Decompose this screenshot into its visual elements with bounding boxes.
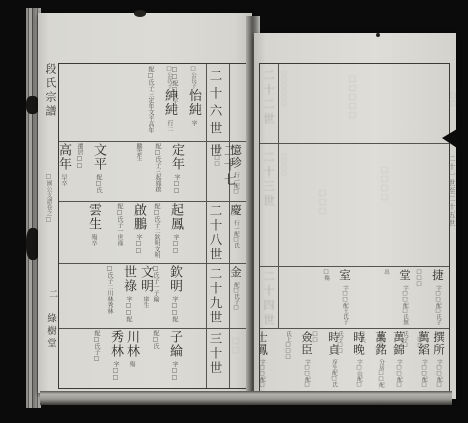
band-23: 二十三世 □□□□ □□□□ □□□ (260, 143, 449, 266)
bleedthrough-text: □□□□ (380, 165, 389, 245)
entry-name: 捷 (431, 269, 445, 282)
entry-name: 萬縚 (417, 331, 431, 356)
dust-speck (376, 33, 380, 37)
band-28: 二十八世 慶行一配□氏 起鳳字□□配□氏子二欽明文明 啟鵬字□□配□氏子一世祿 … (59, 201, 249, 263)
generation-label: 二十三世 (262, 151, 276, 209)
range-marker: 二十一世至二十五世 (448, 155, 456, 227)
entry-name: 啟鵬 (131, 203, 146, 231)
dust-speck (134, 10, 146, 17)
entry-name: 定年 (169, 143, 184, 171)
entry-name: 金 (229, 266, 243, 279)
torn-notch (442, 129, 457, 148)
band-25: 撰所字□□配□氏□□ 萬縚字□□配□氏子□ 萬錦字□□配□氏無出 萬銘分居□□配… (260, 328, 449, 391)
right-page: 二十二世 □□□□□□ □□□□□ 二十三世 □□□□ □□□□ □□□ 二十四… (254, 33, 456, 399)
band-27: 二十七世 憶珍行一配□氏子□□ 定年字□□配□氏子三起鳳啟鵬雲生 文平配□氏遷居… (59, 141, 249, 201)
gutter-entry: 金配□氏子□ (227, 266, 246, 323)
gutter-entry: 憶珍行一配□氏子□□ (208, 144, 246, 197)
genealogy-entry: 堂字□□配□氏無出 (377, 269, 415, 325)
genealogy-entry: 高年早卒 (58, 143, 73, 197)
entry-header: □公次子 (166, 66, 172, 89)
genealogy-entry: 起鳳字□□配□氏子二欽明文明 (147, 203, 185, 259)
volume-mark: □□ (449, 91, 456, 107)
entry-name: 川林 (124, 330, 139, 358)
generation-label: 二十八世 (208, 204, 222, 262)
entry-name: 時貞 (327, 331, 341, 356)
genealogy-entry: 士鳳字□□配□氏□子□□ (259, 331, 272, 388)
entry-header: □公長子 (190, 66, 196, 89)
entry-name: 時晚 (352, 331, 366, 356)
generation-label: 二十九世 (208, 267, 222, 325)
generation-label: 三十世 (208, 332, 222, 376)
band-30: 三十世 □□ 子綸字□□配□氏 川林殤 秀林字□□配□氏子□ (59, 328, 249, 388)
book-photo: { "colors": {"paper":"#dcdbd6","ink":"#2… (0, 0, 468, 423)
band-26: 二十六世 □公長子怡純字□□配□氏子一 □公次子紳純行二配□氏子三定年文平高年 (59, 64, 249, 141)
genealogy-entry: 室字□□配王氏子□殤 (317, 269, 355, 325)
entry-name: 慶 (229, 204, 243, 217)
entry-name: 撰所 (432, 331, 446, 356)
generation-label: 二十四世 (262, 270, 276, 328)
side-note-faint: □□□□ (280, 153, 287, 253)
bottom-edge (40, 391, 452, 405)
entry-name: 起鳳 (168, 203, 183, 231)
entry-name: 紳純 (162, 89, 177, 117)
bleedthrough-text: □□□ (318, 188, 327, 248)
genealogy-entry: 文平配□氏遷居□□ (70, 143, 108, 197)
entry-name: 萬錦 (392, 331, 406, 356)
band-29: 二十九世 金配□氏子□ 欽明字□□配□氏子一子綸 文明庠生 世祿字□□配□氏子二… (59, 263, 249, 328)
genealogy-entry: □公次子紳純行二配□氏子三定年文平高年 (141, 66, 179, 134)
entry-name: 世祿 (121, 265, 136, 293)
hall-name: 綠樹堂 (43, 313, 57, 351)
side-note-faint: □□□□□□ (280, 71, 287, 137)
entry-name: 萬銘 (374, 331, 388, 356)
genealogy-entry: 定年字□□配□氏子三起鳳啟鵬雲生 (129, 143, 186, 197)
bleedthrough-text: □□□□□ (348, 74, 357, 134)
entry-note: 行一配□氏 (233, 220, 239, 248)
entry-name: 士鳳 (259, 331, 269, 356)
genealogy-entry: 文明庠生 (136, 265, 155, 323)
genealogy-entry: 秀林字□□配□氏子□ (87, 330, 125, 384)
generation-label: 二十六世 (208, 69, 222, 139)
entry-note: 殤 (128, 361, 135, 367)
entry-note: 殤卒 (90, 234, 97, 246)
genealogy-entry: 子綸字□□配□氏 (146, 330, 184, 384)
right-genealogy-table: 二十二世 □□□□□□ □□□□□ 二十三世 □□□□ □□□□ □□□ 二十四… (259, 63, 450, 392)
entry-name: 雲生 (86, 203, 101, 231)
entry-name: 秀林 (108, 330, 123, 358)
entry-name: 文平 (91, 143, 106, 171)
entry-name: 怡純 (186, 89, 201, 117)
entry-name: 子綸 (167, 330, 182, 358)
entry-name: 憶珍 (229, 144, 243, 169)
entry-name: 僉臣 (300, 331, 314, 356)
band-24: 二十四世 捷字□□配□氏子□□□ 堂字□□配□氏無出 室字□□配王氏子□殤 (260, 266, 449, 328)
entry-name: 堂 (398, 269, 412, 282)
entry-name: 高年 (58, 143, 71, 171)
entry-note: 庠生 (142, 296, 149, 308)
gutter-entry: 慶行一配□氏 (227, 204, 246, 259)
entry-name: 文明 (138, 265, 153, 293)
entry-note: 配□氏子□ (233, 282, 239, 311)
left-page: 段氏宗譜 □園公支譜卷之□ 二 綠樹堂 二十六世 □公長子怡純字□□配□氏子一 … (38, 13, 252, 393)
entry-name: 欽明 (167, 265, 182, 293)
genealogy-entry: 世祿字□□配□氏子二川林秀林 (100, 265, 138, 323)
left-genealogy-table: 二十六世 □公長子怡純字□□配□氏子一 □公次子紳純行二配□氏子三定年文平高年 … (58, 63, 250, 389)
genealogy-entry: 啟鵬字□□配□氏子一世祿 (110, 203, 148, 259)
band-22: 二十二世 □□□□□□ □□□□□ (260, 64, 449, 143)
entry-note: 早卒 (60, 174, 67, 186)
genealogy-entry: 捷字□□配□氏子□□□ (410, 269, 448, 325)
entry-name: 室 (338, 269, 352, 282)
genealogy-entry: 雲生殤卒 (84, 203, 103, 259)
volume-note: □園公支譜卷之□ (45, 173, 52, 223)
spine-title: 段氏宗譜 (42, 63, 58, 119)
generation-label: 二十二世 (262, 69, 276, 127)
genealogy-entry: 僉臣字□□配□氏上□□□ (279, 331, 317, 388)
bleedthrough-text: □□ (231, 336, 240, 354)
